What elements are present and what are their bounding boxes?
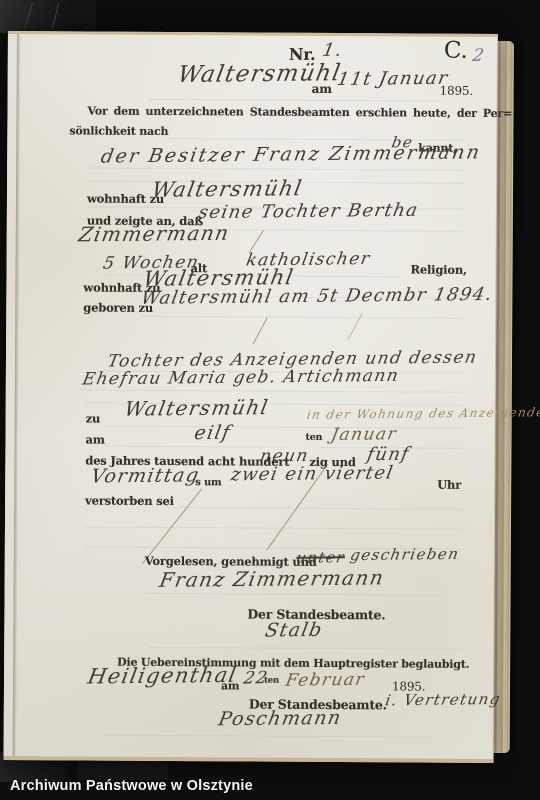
register-letter: C. [444, 38, 468, 64]
record-number-value: 1. [321, 40, 345, 61]
registrar-signature: Stalb [263, 619, 324, 642]
printed-cert-ten-label: ten [264, 676, 279, 686]
printed-uhr-label: Uhr [437, 478, 461, 492]
archive-watermark-caption: Archiwum Państwowe w Olsztynie [10, 778, 253, 794]
book-cover-top-left [0, 0, 96, 33]
handwritten-death-day: eilf [192, 422, 232, 444]
ruled-line [167, 507, 461, 510]
handwritten-cert-month: Februar [284, 670, 367, 691]
ruled-line [149, 647, 460, 650]
printed-religion-label: Religion, [411, 262, 467, 276]
death-record-page: Nr. 1. C. 2 Waltersmühl am 11t Januar 18… [4, 31, 498, 763]
cover-streak [24, 3, 33, 28]
ruled-line [104, 735, 434, 738]
handwritten-birthplace-date: Waltersmühl am 5t Decmbr 1894. [139, 284, 494, 309]
printed-zu-label: zu [86, 411, 101, 425]
record-book: Nr. 1. C. 2 Waltersmühl am 11t Januar 18… [4, 31, 514, 760]
printed-am2-label: am [85, 432, 104, 446]
handwritten-death-month: Januar [329, 424, 398, 445]
ruled-line [150, 99, 442, 102]
handwritten-child-name: seine Tochter Bertha [197, 200, 421, 223]
page-number-handwritten: 2 [471, 46, 487, 66]
printed-intro-line2: sönlichkeit nach [69, 124, 168, 138]
ruled-line [87, 167, 463, 170]
printed-intro-line1: Vor dem unterzeichneten Standesbeamten e… [87, 104, 512, 120]
ruled-line [141, 316, 462, 319]
ruled-line [105, 446, 285, 448]
printed-verstorben-label: verstorben sei [85, 493, 174, 508]
handwritten-date: 11t Januar [336, 68, 451, 90]
handwritten-vertretung: i. Vertretung [384, 690, 503, 709]
archive-photo: Nr. 1. C. 2 Waltersmühl am 11t Januar 18… [0, 0, 540, 800]
slash-mark [253, 317, 268, 344]
printed-cert-am-label: am [221, 679, 239, 692]
printed-ten-label: ten [305, 432, 322, 443]
handwritten-residence: Waltersmühl [150, 176, 305, 202]
ruled-line [81, 389, 462, 392]
ruled-line [145, 593, 445, 596]
printed-am-label: am [312, 82, 332, 96]
printed-year: 1895. [440, 84, 473, 98]
handwritten-parents-line2: Ehefrau Maria geb. Artichmann [81, 366, 401, 390]
ruled-line [167, 138, 463, 141]
handwritten-time-of-day: Vormittag [89, 464, 201, 487]
declarant-signature: Franz Zimmermann [158, 565, 387, 592]
ruled-line [85, 526, 461, 529]
registrar2-signature: Poschmann [217, 707, 344, 730]
handwritten-geschrieben: geschrieben [349, 545, 461, 564]
page-gutter-crease [13, 34, 21, 756]
handwritten-death-place: Waltersmühl [123, 395, 271, 421]
ruled-line [106, 426, 462, 429]
handwritten-child-surname: Zimmermann [77, 221, 232, 247]
handwritten-death-place2: in der Wohnung des Anzeigenden [306, 405, 540, 422]
handwritten-time-value: zwei ein viertel [229, 463, 395, 486]
slash-mark [249, 230, 264, 252]
printed-s-um-label: s um [195, 477, 221, 488]
cover-streak [52, 3, 59, 28]
handwritten-cert-place: Heiligenthal [86, 663, 239, 689]
handwritten-declarant: der Besitzer Franz Zimmermann [99, 141, 483, 167]
handwritten-struck-word: unter [295, 548, 347, 567]
